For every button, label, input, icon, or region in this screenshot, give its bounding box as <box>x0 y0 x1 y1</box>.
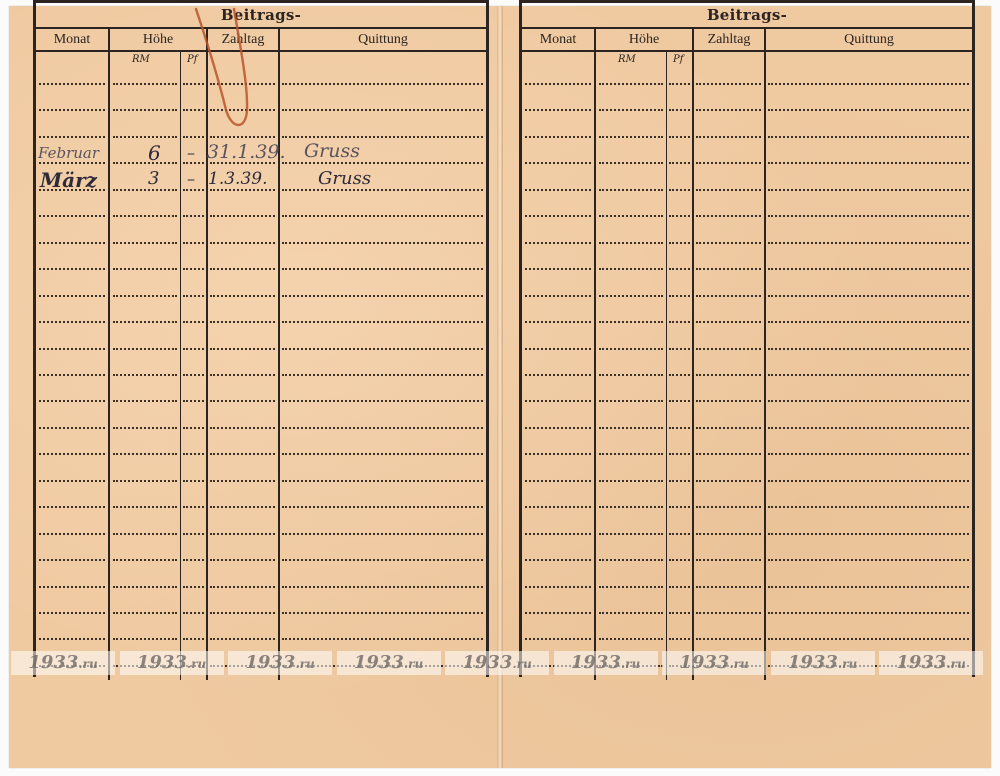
row-rule <box>282 427 483 429</box>
watermark-label: 1933.ru <box>11 651 115 675</box>
column-divider <box>180 52 181 680</box>
row-rule <box>599 136 663 138</box>
row-rule <box>39 242 105 244</box>
row-rule <box>525 321 591 323</box>
row-rule <box>599 400 663 402</box>
row-rule <box>183 189 204 191</box>
entry-2-pf: – <box>187 169 195 188</box>
row-rule <box>525 348 591 350</box>
row-rule <box>696 136 761 138</box>
row-rule <box>696 83 761 85</box>
row-rule <box>768 348 969 350</box>
row-rule <box>599 295 663 297</box>
row-rule <box>599 480 663 482</box>
row-rule <box>113 506 177 508</box>
row-rule <box>768 506 969 508</box>
row-rule <box>282 215 483 217</box>
header-row: Monat Höhe Zahltag Quittung <box>522 29 972 52</box>
row-rule <box>599 374 663 376</box>
col-header-hoehe: Höhe <box>596 29 692 50</box>
row-rule <box>599 321 663 323</box>
row-rule <box>669 242 690 244</box>
row-rule <box>768 638 969 640</box>
row-rule <box>183 268 204 270</box>
row-rule <box>696 559 761 561</box>
row-rule <box>113 480 177 482</box>
row-rule <box>39 400 105 402</box>
row-rule <box>39 480 105 482</box>
entry-1-monat: Februar <box>38 144 99 162</box>
row-rule <box>282 83 483 85</box>
entry-2-monat: März <box>40 168 97 192</box>
row-rule <box>210 612 275 614</box>
row-rule <box>183 480 204 482</box>
row-rule <box>525 215 591 217</box>
row-rule <box>669 321 690 323</box>
row-rule <box>696 242 761 244</box>
row-rule <box>282 374 483 376</box>
row-rule <box>183 400 204 402</box>
row-rule <box>525 374 591 376</box>
row-rule <box>669 295 690 297</box>
row-rule <box>210 586 275 588</box>
row-rule <box>113 586 177 588</box>
watermark-label: 1933.ru <box>228 651 332 675</box>
row-rule <box>282 559 483 561</box>
row-rule <box>768 453 969 455</box>
column-divider <box>278 29 280 50</box>
row-rule <box>282 638 483 640</box>
column-divider <box>764 29 766 50</box>
row-rule <box>599 83 663 85</box>
row-rule <box>599 427 663 429</box>
row-rule <box>113 83 177 85</box>
column-divider <box>594 29 596 50</box>
row-rule <box>282 321 483 323</box>
row-rule <box>696 321 761 323</box>
row-rule <box>282 533 483 535</box>
row-rule <box>669 83 690 85</box>
row-rule <box>669 638 690 640</box>
row-rule <box>696 506 761 508</box>
row-rule <box>525 559 591 561</box>
subunit-rm-label: RM <box>132 54 150 65</box>
row-rule <box>39 453 105 455</box>
row-rule <box>282 506 483 508</box>
row-rule <box>282 189 483 191</box>
row-rule <box>768 480 969 482</box>
row-rule <box>210 480 275 482</box>
column-divider <box>692 29 694 50</box>
watermark-label: 1933.ru <box>662 651 766 675</box>
row-rule <box>696 295 761 297</box>
row-rule <box>768 189 969 191</box>
row-rule <box>525 427 591 429</box>
row-rule <box>39 586 105 588</box>
row-rule <box>39 559 105 561</box>
row-rule <box>768 109 969 111</box>
row-rule <box>768 321 969 323</box>
row-rule <box>282 586 483 588</box>
row-rule <box>39 162 105 164</box>
row-rule <box>183 215 204 217</box>
row-rule <box>525 612 591 614</box>
row-rule <box>669 268 690 270</box>
row-rule <box>39 638 105 640</box>
row-rule <box>525 506 591 508</box>
row-rule <box>768 268 969 270</box>
row-rule <box>599 586 663 588</box>
row-rule <box>210 215 275 217</box>
row-rule <box>183 453 204 455</box>
row-rule <box>525 242 591 244</box>
entry-2-quittung: Gruss <box>318 168 371 189</box>
row-rule <box>669 427 690 429</box>
row-rule <box>669 612 690 614</box>
entry-1-rm: 6 <box>148 141 161 165</box>
row-rule <box>768 427 969 429</box>
row-rule <box>669 533 690 535</box>
row-rule <box>696 427 761 429</box>
row-rule <box>210 374 275 376</box>
row-rule <box>282 136 483 138</box>
row-rule <box>696 586 761 588</box>
row-rule <box>525 268 591 270</box>
row-rule <box>669 453 690 455</box>
row-rule <box>113 162 177 164</box>
row-rule <box>599 638 663 640</box>
row-rule <box>113 453 177 455</box>
row-rule <box>599 612 663 614</box>
row-rule <box>768 295 969 297</box>
row-rule <box>113 427 177 429</box>
row-rule <box>525 189 591 191</box>
row-rule <box>282 348 483 350</box>
watermark-label: 1933.ru <box>337 651 441 675</box>
row-rule <box>669 189 690 191</box>
row-rule <box>210 268 275 270</box>
row-rule <box>282 268 483 270</box>
row-rule <box>525 453 591 455</box>
row-rule <box>669 506 690 508</box>
row-rule <box>210 533 275 535</box>
row-rule <box>113 295 177 297</box>
row-rule <box>39 109 105 111</box>
row-rule <box>113 348 177 350</box>
watermark-label: 1933.ru <box>120 651 224 675</box>
row-rule <box>768 162 969 164</box>
row-rule <box>282 612 483 614</box>
row-rule <box>282 400 483 402</box>
row-rule <box>669 215 690 217</box>
row-rule <box>525 586 591 588</box>
row-rule <box>39 321 105 323</box>
row-rule <box>768 612 969 614</box>
row-rule <box>210 295 275 297</box>
row-rule <box>113 189 177 191</box>
row-rule <box>39 268 105 270</box>
row-rule <box>696 268 761 270</box>
table-title: Beitrags- <box>522 3 972 29</box>
row-rule <box>210 427 275 429</box>
col-header-quittung: Quittung <box>766 29 972 50</box>
row-rule <box>768 83 969 85</box>
row-rule <box>525 533 591 535</box>
row-rule <box>599 453 663 455</box>
row-rule <box>39 136 105 138</box>
column-divider <box>692 52 694 680</box>
row-rule <box>210 348 275 350</box>
watermark-label: 1933.ru <box>445 651 549 675</box>
subunit-pf-label: Pf <box>673 54 683 65</box>
row-rule <box>599 109 663 111</box>
row-rule <box>599 215 663 217</box>
row-rule <box>768 400 969 402</box>
row-rule <box>669 586 690 588</box>
row-rule <box>525 136 591 138</box>
row-rule <box>696 162 761 164</box>
row-rule <box>183 559 204 561</box>
column-divider <box>764 52 766 680</box>
col-header-zahltag: Zahltag <box>694 29 764 50</box>
row-rule <box>669 136 690 138</box>
row-rule <box>183 638 204 640</box>
row-rule <box>696 348 761 350</box>
row-rule <box>210 638 275 640</box>
row-rule <box>183 136 204 138</box>
row-rule <box>525 400 591 402</box>
red-pencil-mark <box>190 5 270 135</box>
row-rule <box>599 268 663 270</box>
row-rule <box>113 638 177 640</box>
row-rule <box>282 295 483 297</box>
row-rule <box>768 242 969 244</box>
row-rule <box>210 189 275 191</box>
entry-2-zahltag: 1.3.39. <box>208 169 267 189</box>
entry-2-rm: 3 <box>148 168 159 189</box>
row-rule <box>210 559 275 561</box>
watermark-band: 1933.ru1933.ru1933.ru1933.ru1933.ru1933.… <box>9 651 991 675</box>
row-rule <box>210 506 275 508</box>
row-rule <box>282 480 483 482</box>
watermark-label: 1933.ru <box>554 651 658 675</box>
row-rule <box>768 136 969 138</box>
row-rule <box>696 109 761 111</box>
row-rule <box>768 559 969 561</box>
row-rule <box>183 586 204 588</box>
row-rule <box>183 321 204 323</box>
row-rule <box>210 400 275 402</box>
row-rule <box>669 480 690 482</box>
column-divider <box>108 52 110 680</box>
row-rule <box>525 480 591 482</box>
row-rule <box>282 242 483 244</box>
row-rule <box>210 136 275 138</box>
row-rule <box>768 374 969 376</box>
row-rule <box>183 427 204 429</box>
row-rule <box>696 638 761 640</box>
row-rule <box>183 374 204 376</box>
row-rule <box>39 427 105 429</box>
row-rule <box>669 400 690 402</box>
row-rule <box>768 586 969 588</box>
row-rule <box>669 162 690 164</box>
row-rule <box>39 295 105 297</box>
col-header-monat: Monat <box>36 29 108 50</box>
row-rule <box>525 295 591 297</box>
row-rule <box>210 453 275 455</box>
row-rule <box>113 533 177 535</box>
row-rule <box>113 109 177 111</box>
row-rule <box>183 242 204 244</box>
row-rule <box>113 268 177 270</box>
row-rule <box>113 400 177 402</box>
row-rule <box>39 506 105 508</box>
row-rule <box>113 242 177 244</box>
row-rule <box>210 242 275 244</box>
row-rule <box>39 348 105 350</box>
row-rule <box>696 400 761 402</box>
row-rule <box>113 612 177 614</box>
row-rule <box>183 506 204 508</box>
row-rule <box>39 612 105 614</box>
row-rule <box>282 109 483 111</box>
column-divider <box>108 29 110 50</box>
row-rule <box>669 374 690 376</box>
row-rule <box>599 506 663 508</box>
row-rule <box>39 533 105 535</box>
entry-1-quittung: Gruss <box>304 140 360 162</box>
subunit-rm-label: RM <box>618 54 636 65</box>
col-header-monat: Monat <box>522 29 594 50</box>
row-rule <box>113 374 177 376</box>
row-rule <box>525 83 591 85</box>
row-rule <box>39 374 105 376</box>
row-rule <box>696 533 761 535</box>
row-rule <box>210 321 275 323</box>
row-rule <box>525 109 591 111</box>
row-rule <box>113 559 177 561</box>
entry-1-zahltag: 31.1.39. <box>207 141 286 163</box>
row-rule <box>696 189 761 191</box>
entry-1-pf: – <box>187 143 195 162</box>
row-rule <box>282 453 483 455</box>
column-divider <box>594 52 596 680</box>
row-rule <box>599 189 663 191</box>
row-rule <box>525 162 591 164</box>
row-rule <box>696 612 761 614</box>
row-rule <box>696 374 761 376</box>
row-rule <box>696 453 761 455</box>
row-rule <box>282 162 483 164</box>
row-rule <box>669 348 690 350</box>
row-rule <box>669 559 690 561</box>
row-rule <box>183 348 204 350</box>
row-rule <box>113 321 177 323</box>
watermark-label: 1933.ru <box>879 651 983 675</box>
row-rule <box>696 215 761 217</box>
row-rule <box>39 83 105 85</box>
row-rule <box>525 638 591 640</box>
column-divider <box>666 52 667 680</box>
row-rule <box>183 295 204 297</box>
row-rule <box>599 348 663 350</box>
row-rule <box>183 612 204 614</box>
row-rule <box>599 533 663 535</box>
row-rule <box>183 162 204 164</box>
row-rule <box>113 215 177 217</box>
row-rule <box>599 559 663 561</box>
row-rule <box>768 215 969 217</box>
row-rule <box>599 162 663 164</box>
row-rule <box>113 136 177 138</box>
row-rule <box>39 215 105 217</box>
row-rule <box>768 533 969 535</box>
row-rule <box>696 480 761 482</box>
row-rule <box>669 109 690 111</box>
row-rule <box>599 242 663 244</box>
watermark-label: 1933.ru <box>771 651 875 675</box>
dues-table-right: Beitrags- Monat Höhe Zahltag Quittung RM… <box>519 0 975 677</box>
col-header-quittung: Quittung <box>280 29 486 50</box>
row-rule <box>183 533 204 535</box>
